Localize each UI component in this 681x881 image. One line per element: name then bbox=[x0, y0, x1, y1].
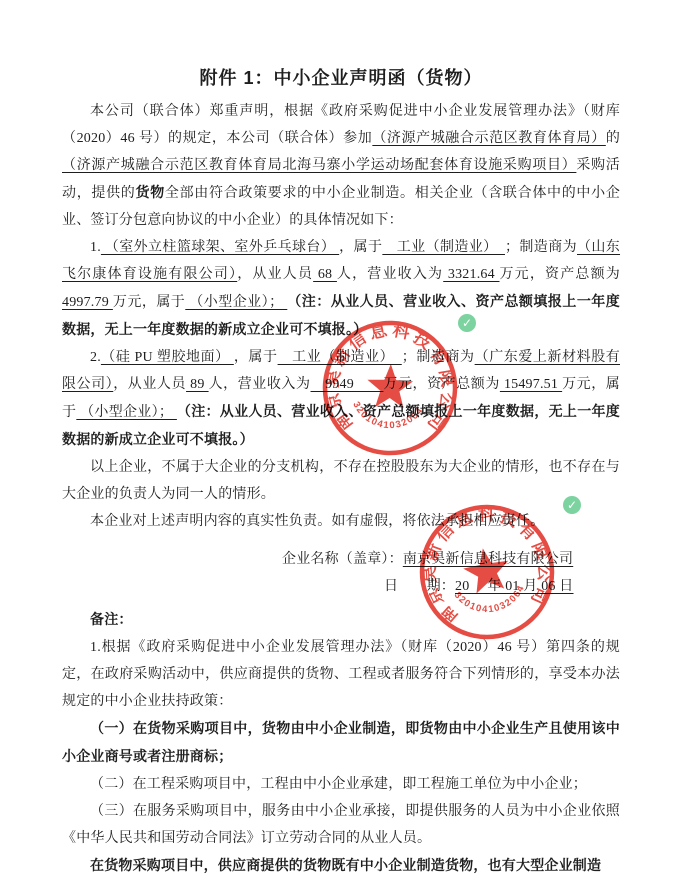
text-run: 万元，资产总额为 bbox=[500, 267, 621, 282]
text-run: ，属于 bbox=[339, 240, 382, 255]
filled-blank-underline: （济源产城融合示范区教育体育局北海马寨小学运动场配套体育设施采购项目） bbox=[62, 158, 576, 173]
filled-blank-underline: 68 bbox=[313, 267, 337, 282]
filled-blank-underline: 20 年 01 月 06 日 bbox=[455, 579, 574, 594]
text-run: ，从业人员 bbox=[237, 267, 313, 282]
text-run: 万元，属于 bbox=[113, 295, 185, 310]
text-run: 企业名称（盖章）： bbox=[282, 552, 403, 567]
verified-check-icon: ✓ bbox=[458, 314, 476, 332]
filled-blank-underline: （小型企业）； bbox=[76, 405, 177, 420]
filled-blank-underline: （小型企业）； bbox=[185, 295, 287, 310]
remark-mixed-goods: 在货物采购项目中，供应商提供的货物既有中小企业制造货物，也有大型企业制造 bbox=[62, 852, 620, 880]
remark-heading: 备注： bbox=[62, 606, 620, 634]
text-run: 1. bbox=[90, 240, 101, 255]
filled-blank-underline: 9949 bbox=[311, 377, 384, 392]
filled-blank-underline: （济源产城融合示范区教育体育局） bbox=[372, 131, 605, 146]
signature-company-line: 企业名称（盖章）：南京昊新信息科技有限公司 bbox=[282, 546, 620, 573]
text-run: （三）在服务采购项目中，服务由中小企业承接，即提供服务的人员为中小企业依照《中华… bbox=[62, 804, 620, 846]
filled-blank-underline: 工业（制造业） bbox=[382, 240, 505, 255]
filled-blank-underline: 南京昊新信息科技有限公司 bbox=[403, 552, 573, 567]
signature-date-line: 日 期：20 年 01 月 06 日 bbox=[384, 573, 620, 600]
text-run: 人，营业收入为 bbox=[337, 267, 443, 282]
item-2: 2.（硅 PU 塑胶地面） ，属于 工业（制造业） ；制造商为（广东爱上新材料股… bbox=[62, 344, 620, 454]
remark-3-services: （三）在服务采购项目中，服务由中小企业承接，即提供服务的人员为中小企业依照《中华… bbox=[62, 798, 620, 852]
text-run: ，从业人员 bbox=[113, 377, 186, 392]
remark-1-goods: （一）在货物采购项目中，货物由中小企业制造，即货物由中小企业生产且使用该中小企业… bbox=[62, 715, 620, 771]
text-run: 万元，资产总额为 bbox=[383, 377, 500, 392]
verified-check-icon: ✓ bbox=[563, 496, 581, 514]
text-run: 人，营业收入为 bbox=[209, 377, 311, 392]
text-run: 本企业对上述声明内容的真实性负责。如有虚假，将依法承担相应责任。 bbox=[90, 514, 544, 529]
filled-blank-underline: 15497.51 bbox=[500, 377, 562, 392]
bold-text-run: （一）在货物采购项目中，货物由中小企业制造，即货物由中小企业生产且使用该中小企业… bbox=[62, 720, 620, 764]
filled-blank-underline: （室外立柱篮球架、室外乒乓球台） bbox=[101, 240, 339, 255]
document-title: 附件 1：中小企业声明函（货物） bbox=[62, 64, 620, 92]
responsibility-statement: 本企业对上述声明内容的真实性负责。如有虚假，将依法承担相应责任。 bbox=[62, 508, 620, 535]
intro-paragraph: 本公司（联合体）郑重声明，根据《政府采购促进中小企业发展管理办法》（财库（202… bbox=[62, 98, 620, 234]
no-large-enterprise-statement: 以上企业，不属于大企业的分支机构，不存在控股股东为大企业的情形，也不存在与大企业… bbox=[62, 454, 620, 508]
text-run: 以上企业，不属于大企业的分支机构，不存在控股股东为大企业的情形，也不存在与大企业… bbox=[62, 460, 620, 502]
text-run: ，属于 bbox=[234, 350, 278, 365]
filled-blank-underline: （硅 PU 塑胶地面） bbox=[101, 350, 234, 365]
text-run: 1.根据《政府采购促进中小企业发展管理办法》（财库（2020）46 号）第四条的… bbox=[62, 640, 620, 709]
item-1: 1. （室外立柱篮球架、室外乒乓球台） ，属于 工业（制造业） ；制造商为（山东… bbox=[62, 234, 620, 344]
text-run: ；制造商为 bbox=[505, 240, 577, 255]
bold-text-run: 在货物采购项目中，供应商提供的货物既有中小企业制造货物，也有大型企业制造 bbox=[90, 857, 601, 873]
text-run: 日 期： bbox=[384, 579, 455, 594]
text-run: 2. bbox=[90, 350, 101, 365]
declaration-document-page: 附件 1：中小企业声明函（货物） 本公司（联合体）郑重声明，根据《政府采购促进中… bbox=[0, 0, 681, 881]
document-content: 附件 1：中小企业声明函（货物） 本公司（联合体）郑重声明，根据《政府采购促进中… bbox=[62, 64, 620, 880]
filled-blank-underline: 4997.79 bbox=[62, 295, 113, 310]
text-run: 的 bbox=[606, 131, 620, 146]
text-run: （二）在工程采购项目中，工程由中小企业承建，即工程施工单位为中小企业； bbox=[90, 777, 587, 792]
filled-blank-underline: 3321.64 bbox=[443, 267, 499, 282]
filled-blank-underline: 工业（制造业） bbox=[278, 350, 402, 365]
document-body: 本公司（联合体）郑重声明，根据《政府采购促进中小企业发展管理办法》（财库（202… bbox=[62, 98, 620, 880]
text-run: ；制造商为 bbox=[402, 350, 475, 365]
remark-2-works: （二）在工程采购项目中，工程由中小企业承建，即工程施工单位为中小企业； bbox=[62, 771, 620, 798]
remark-1: 1.根据《政府采购促进中小企业发展管理办法》（财库（2020）46 号）第四条的… bbox=[62, 634, 620, 715]
bold-text-run: 备注： bbox=[90, 611, 133, 627]
bold-text-run: 货物 bbox=[136, 184, 165, 200]
filled-blank-underline: 89 bbox=[186, 377, 209, 392]
